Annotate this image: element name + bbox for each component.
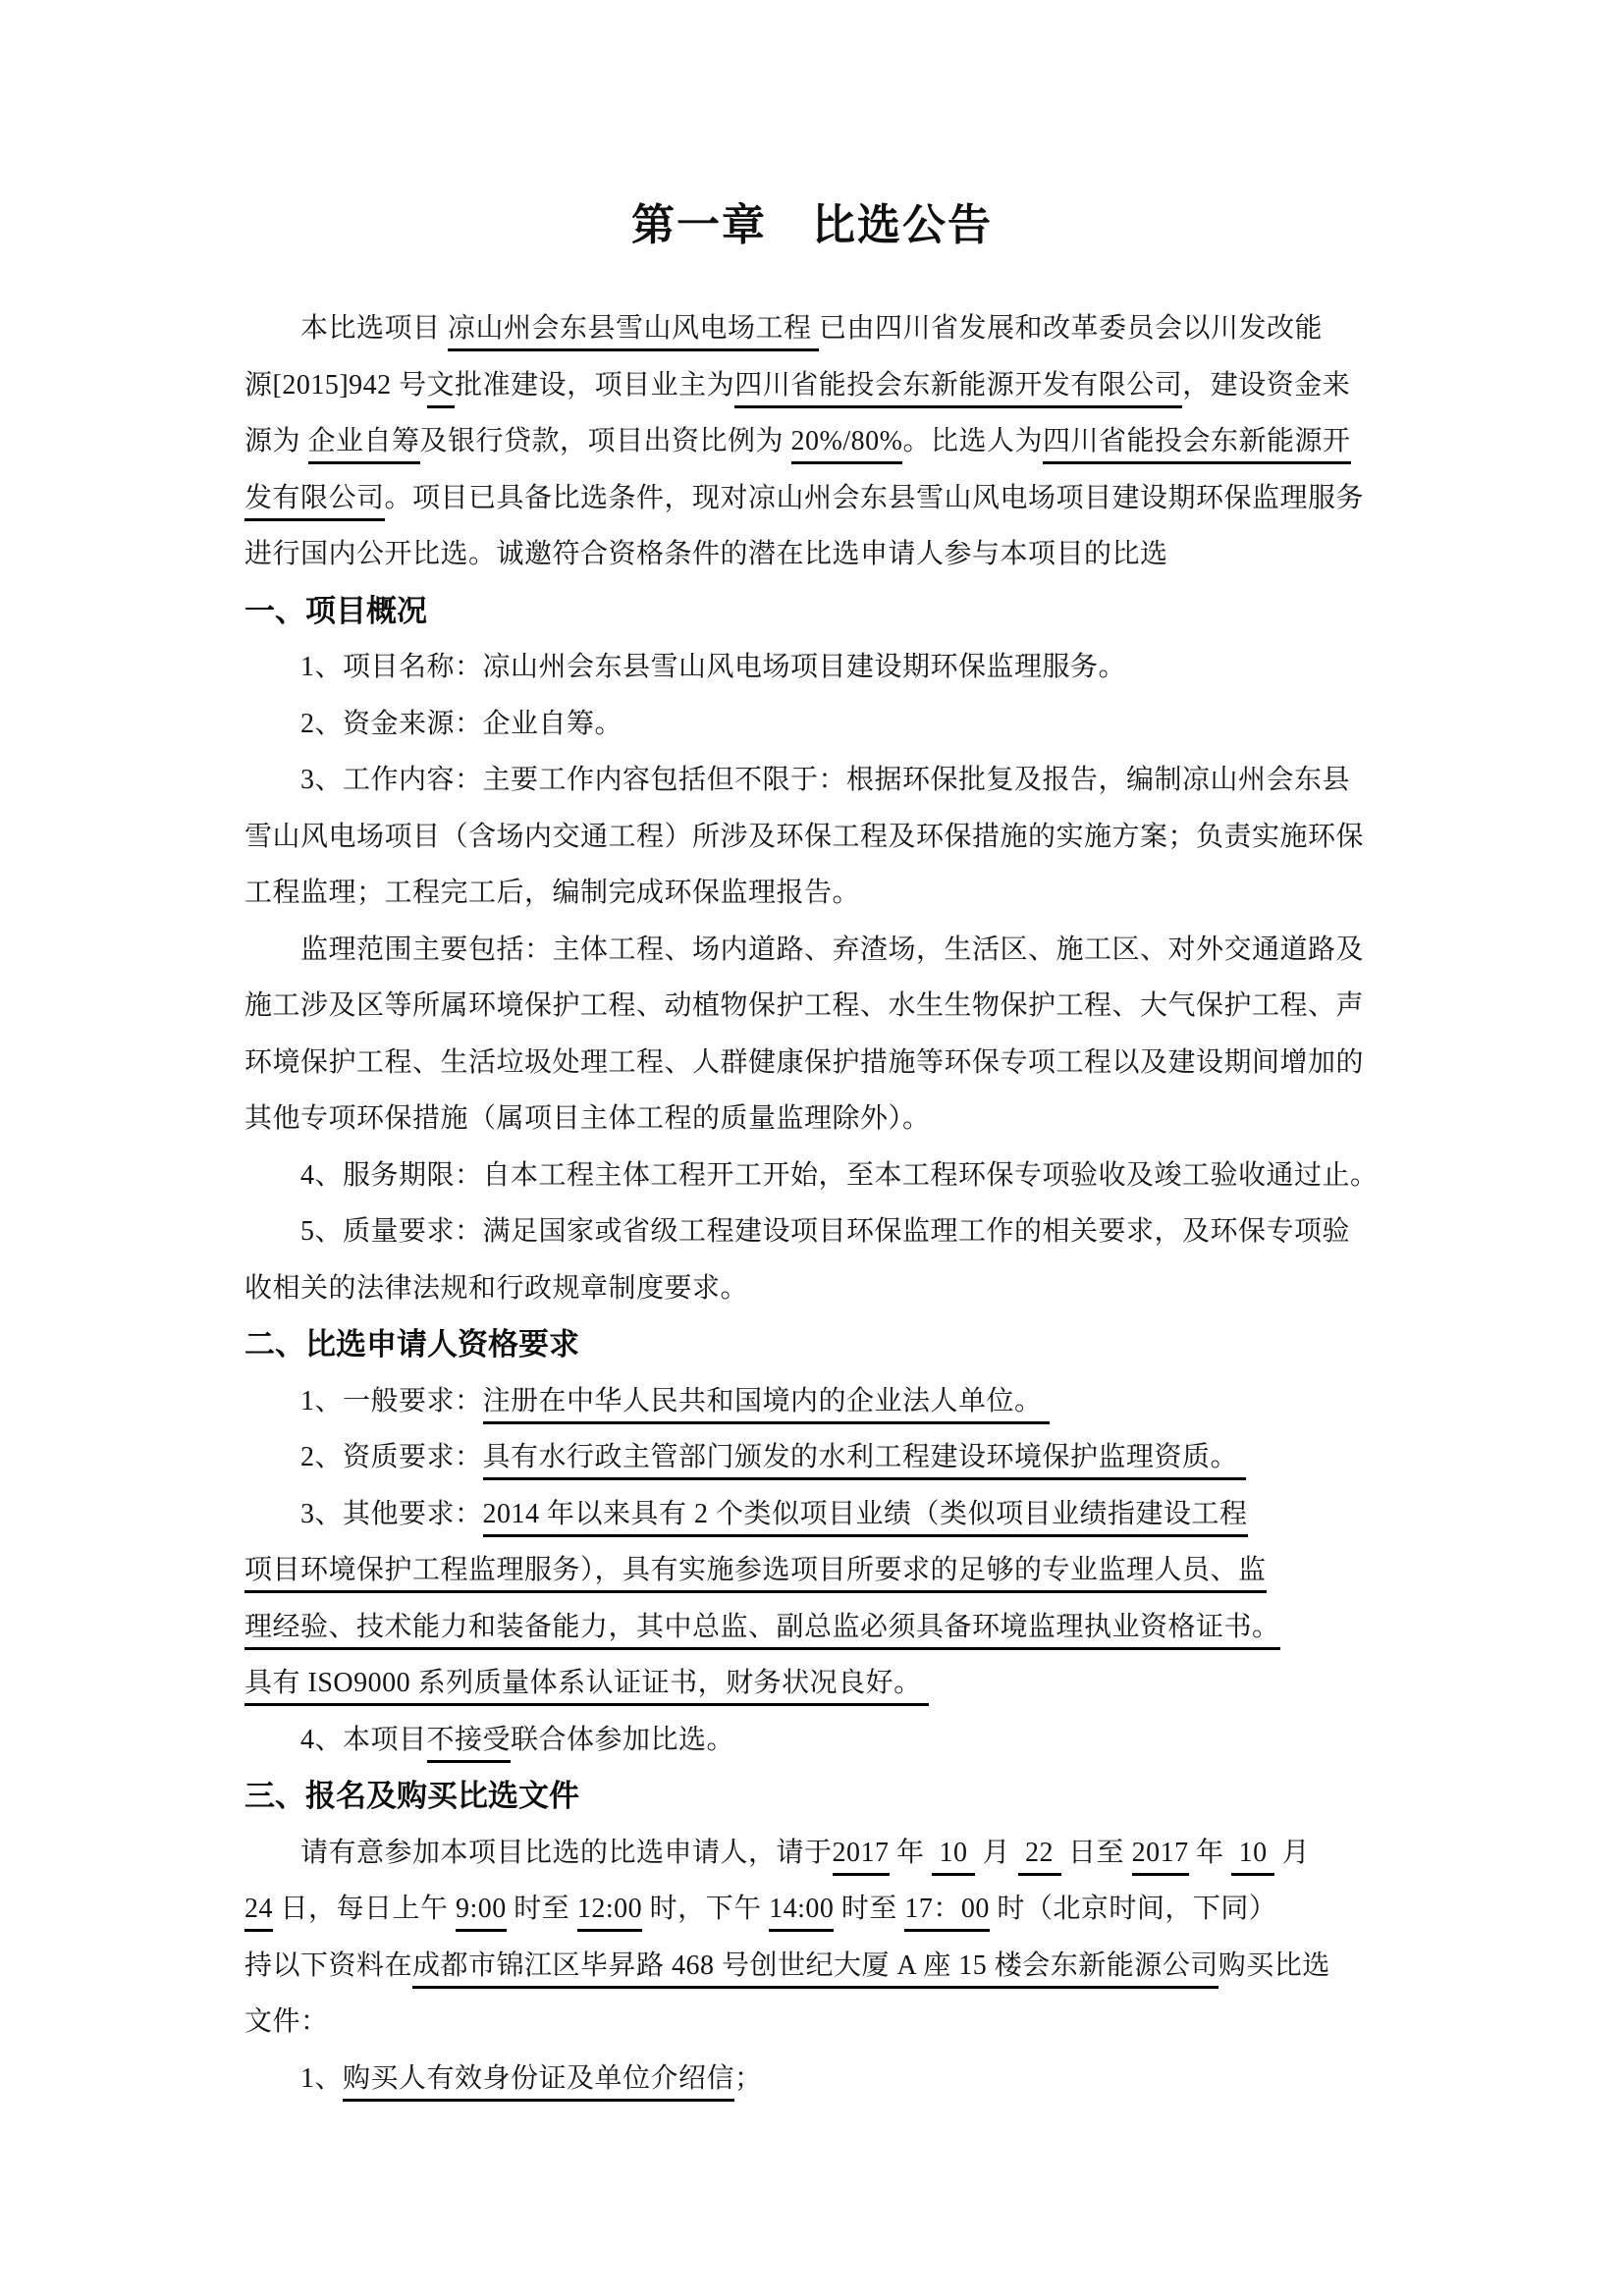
text-line: 进行国内公开比选。诚邀符合资格条件的潜在比选申请人参与本项目的比选 <box>244 526 1382 583</box>
underlined-text: 理经验、技术能力和装备能力，其中总监、副总监必须具备环境监理执业资格证书。 <box>244 1612 1280 1650</box>
underlined-text: 10 <box>932 1838 975 1876</box>
text-line: 3、工作内容：主要工作内容包括但不限于：根据环保批复及报告，编制凉山州会东县 <box>244 752 1382 809</box>
text-run: 2、资质要求： <box>300 1442 483 1472</box>
text-line: 源为 企业自筹及银行贷款，项目出资比例为 20%/80%。比选人为四川省能投会东… <box>244 413 1382 470</box>
text-run: 源[2015]942 号 <box>244 370 427 400</box>
underlined-text: 20%/80% <box>791 426 903 464</box>
text-run: ，建设资金来 <box>1182 370 1350 400</box>
text-run: 进行国内公开比选。诚邀符合资格条件的潜在比选申请人参与本项目的比选 <box>244 539 1168 569</box>
underlined-text: 2017 <box>833 1838 890 1876</box>
text-line: 4、服务期限：自本工程主体工程开工开始，至本工程环保专项验收及竣工验收通过止。 <box>244 1148 1382 1204</box>
text-run: 1、项目名称：凉山州会东县雪山风电场项目建设期环保监理服务。 <box>300 652 1126 682</box>
document-body: 本比选项目 凉山州会东县雪山风电场工程 已由四川省发展和改革委员会以川发改能源[… <box>244 300 1382 2107</box>
text-line: 2、资质要求：具有水行政主管部门颁发的水利工程建设环境保护监理资质。 <box>244 1429 1382 1486</box>
text-line: 具有 ISO9000 系列质量体系认证证书，财务状况良好。 <box>244 1655 1382 1712</box>
text-line: 发有限公司。项目已具备比选条件，现对凉山州会东县雪山风电场项目建设期环保监理服务 <box>244 470 1382 527</box>
text-run: 一、项目概况 <box>244 594 427 628</box>
text-line: 请有意参加本项目比选的比选申请人，请于2017 年 10 月 22 日至 201… <box>244 1825 1382 1882</box>
text-run: 购买比选 <box>1218 1950 1330 1981</box>
text-line: 源[2015]942 号文批准建设，项目业主为四川省能投会东新能源开发有限公司，… <box>244 357 1382 414</box>
text-run: 月 <box>1274 1838 1310 1868</box>
text-run: ； <box>734 2063 763 2094</box>
text-line: 环境保护工程、生活垃圾处理工程、人群健康保护措施等环保专项工程以及建设期间增加的 <box>244 1035 1382 1092</box>
text-line: 雪山风电场项目（含场内交通工程）所涉及环保工程及环保措施的实施方案；负责实施环保 <box>244 809 1382 866</box>
text-run: 1、一般要求： <box>300 1386 483 1416</box>
text-line: 5、质量要求：满足国家或省级工程建设项目环保监理工作的相关要求，及环保专项验 <box>244 1203 1382 1260</box>
text-line: 其他专项环保措施（属项目主体工程的质量监理除外）。 <box>244 1091 1382 1148</box>
underlined-text: 不接受 <box>427 1725 512 1763</box>
text-run: 文件： <box>244 2006 329 2037</box>
text-run: 。项目已具备比选条件，现对凉山州会东县雪山风电场项目建设期环保监理服务 <box>385 483 1365 513</box>
text-run: 监理范围主要包括：主体工程、场内道路、弃渣场，生活区、施工区、对外交通道路及 <box>300 934 1364 965</box>
underlined-text: 企业自筹 <box>308 426 420 464</box>
text-run: 时（北京时间，下同） <box>990 1894 1277 1924</box>
underlined-text: 具有 ISO9000 系列质量体系认证证书，财务状况良好。 <box>244 1668 929 1706</box>
underlined-text: 文 <box>427 370 456 408</box>
underlined-text: 项目环境保护工程监理服务），具有实施参选项目所要求的足够的专业监理人员、监 <box>244 1555 1267 1593</box>
text-run: 请有意参加本项目比选的比选申请人，请于 <box>300 1838 833 1868</box>
underlined-text: 四川省能投会东新能源开发有限公司 <box>734 370 1182 408</box>
text-run: 二、比选申请人资格要求 <box>244 1327 579 1362</box>
text-line: 本比选项目 凉山州会东县雪山风电场工程 已由四川省发展和改革委员会以川发改能 <box>244 300 1382 357</box>
underlined-text: 凉山州会东县雪山风电场工程 <box>448 313 819 351</box>
underlined-text: 具有水行政主管部门颁发的水利工程建设环境保护监理资质。 <box>483 1442 1246 1480</box>
text-run: 批准建设，项目业主为 <box>455 370 734 400</box>
underlined-text: 14:00 <box>769 1894 834 1932</box>
text-run: 及银行贷款，项目出资比例为 <box>420 426 791 456</box>
text-line: 3、其他要求：2014 年以来具有 2 个类似项目业绩（类似项目业绩指建设工程 <box>244 1486 1382 1543</box>
text-line: 1、购买人有效身份证及单位介绍信； <box>244 2051 1382 2108</box>
text-line: 1、项目名称：凉山州会东县雪山风电场项目建设期环保监理服务。 <box>244 639 1382 696</box>
text-run: 工程监理；工程完工后，编制完成环保监理报告。 <box>244 878 860 908</box>
text-run: 时至 <box>507 1894 577 1924</box>
text-run: 5、质量要求：满足国家或省级工程建设项目环保监理工作的相关要求，及环保专项验 <box>300 1216 1350 1247</box>
underlined-text: 22 <box>1018 1838 1061 1876</box>
text-run: 已由四川省发展和改革委员会以川发改能 <box>819 313 1323 344</box>
text-run: 。比选人为 <box>902 426 1043 456</box>
text-run: 雪山风电场项目（含场内交通工程）所涉及环保工程及环保措施的实施方案；负责实施环保 <box>244 822 1364 852</box>
text-line: 理经验、技术能力和装备能力，其中总监、副总监必须具备环境监理执业资格证书。 <box>244 1599 1382 1656</box>
text-line: 项目环境保护工程监理服务），具有实施参选项目所要求的足够的专业监理人员、监 <box>244 1542 1382 1599</box>
text-line: 24 日，每日上午 9:00 时至 12:00 时，下午 14:00 时至 17… <box>244 1881 1382 1938</box>
text-line: 文件： <box>244 1994 1382 2051</box>
text-run: 年 <box>890 1838 933 1868</box>
text-run: 日至 <box>1061 1838 1132 1868</box>
text-run: 源为 <box>244 426 308 456</box>
underlined-text: 17：00 <box>904 1894 990 1932</box>
underlined-text: 发有限公司 <box>244 483 385 521</box>
text-line: 收相关的法律法规和行政规章制度要求。 <box>244 1260 1382 1317</box>
section-heading: 二、比选申请人资格要求 <box>244 1316 1382 1373</box>
text-line: 4、本项目不接受联合体参加比选。 <box>244 1712 1382 1769</box>
text-line: 监理范围主要包括：主体工程、场内道路、弃渣场，生活区、施工区、对外交通道路及 <box>244 922 1382 979</box>
underlined-text: 24 <box>244 1894 273 1932</box>
underlined-text: 四川省能投会东新能源开 <box>1043 426 1351 464</box>
text-line: 施工涉及区等所属环境保护工程、动植物保护工程、水生生物保护工程、大气保护工程、声 <box>244 978 1382 1035</box>
text-run: 4、服务期限：自本工程主体工程开工开始，至本工程环保专项验收及竣工验收通过止。 <box>300 1160 1379 1191</box>
text-run: 环境保护工程、生活垃圾处理工程、人群健康保护措施等环保专项工程以及建设期间增加的 <box>244 1047 1364 1078</box>
text-line: 2、资金来源：企业自筹。 <box>244 696 1382 753</box>
text-run: 日，每日上午 <box>273 1894 456 1924</box>
underlined-text: 12:00 <box>577 1894 642 1932</box>
section-heading: 三、报名及购买比选文件 <box>244 1768 1382 1825</box>
text-run: 3、工作内容：主要工作内容包括但不限于：根据环保批复及报告，编制凉山州会东县 <box>300 765 1350 795</box>
underlined-text: 2014 年以来具有 2 个类似项目业绩（类似项目业绩指建设工程 <box>483 1499 1248 1537</box>
text-run: 4、本项目 <box>300 1725 427 1755</box>
text-line: 1、一般要求：注册在中华人民共和国境内的企业法人单位。 <box>244 1373 1382 1430</box>
text-run: 时至 <box>834 1894 904 1924</box>
underlined-text: 9:00 <box>456 1894 507 1932</box>
text-run: 月 <box>975 1838 1018 1868</box>
underlined-text: 购买人有效身份证及单位介绍信 <box>343 2063 734 2102</box>
text-run: 2、资金来源：企业自筹。 <box>300 709 623 739</box>
text-run: 施工涉及区等所属环境保护工程、动植物保护工程、水生生物保护工程、大气保护工程、声 <box>244 990 1364 1021</box>
text-line: 持以下资料在成都市锦江区毕昇路 468 号创世纪大厦 A 座 15 楼会东新能源… <box>244 1938 1382 1995</box>
section-heading: 一、项目概况 <box>244 583 1382 640</box>
text-run: 收相关的法律法规和行政规章制度要求。 <box>244 1273 748 1304</box>
text-line: 工程监理；工程完工后，编制完成环保监理报告。 <box>244 865 1382 922</box>
underlined-text: 注册在中华人民共和国境内的企业法人单位。 <box>483 1386 1051 1424</box>
text-run: 年 <box>1189 1838 1232 1868</box>
document-page: 第一章 比选公告 本比选项目 凉山州会东县雪山风电场工程 已由四川省发展和改革委… <box>0 0 1624 2296</box>
text-run: 时，下午 <box>642 1894 769 1924</box>
text-run: 其他专项环保措施（属项目主体工程的质量监理除外）。 <box>244 1103 931 1134</box>
underlined-text: 10 <box>1231 1838 1274 1876</box>
underlined-text: 2017 <box>1132 1838 1189 1876</box>
text-run: 联合体参加比选。 <box>511 1725 734 1755</box>
text-run: 三、报名及购买比选文件 <box>244 1779 579 1813</box>
text-run: 本比选项目 <box>300 313 448 344</box>
text-run: 持以下资料在 <box>244 1950 412 1981</box>
chapter-title: 第一章 比选公告 <box>0 0 1624 255</box>
underlined-text: 成都市锦江区毕昇路 468 号创世纪大厦 A 座 15 楼会东新能源公司 <box>412 1950 1218 1989</box>
text-run: 1、 <box>300 2063 343 2094</box>
text-run: 3、其他要求： <box>300 1499 483 1529</box>
